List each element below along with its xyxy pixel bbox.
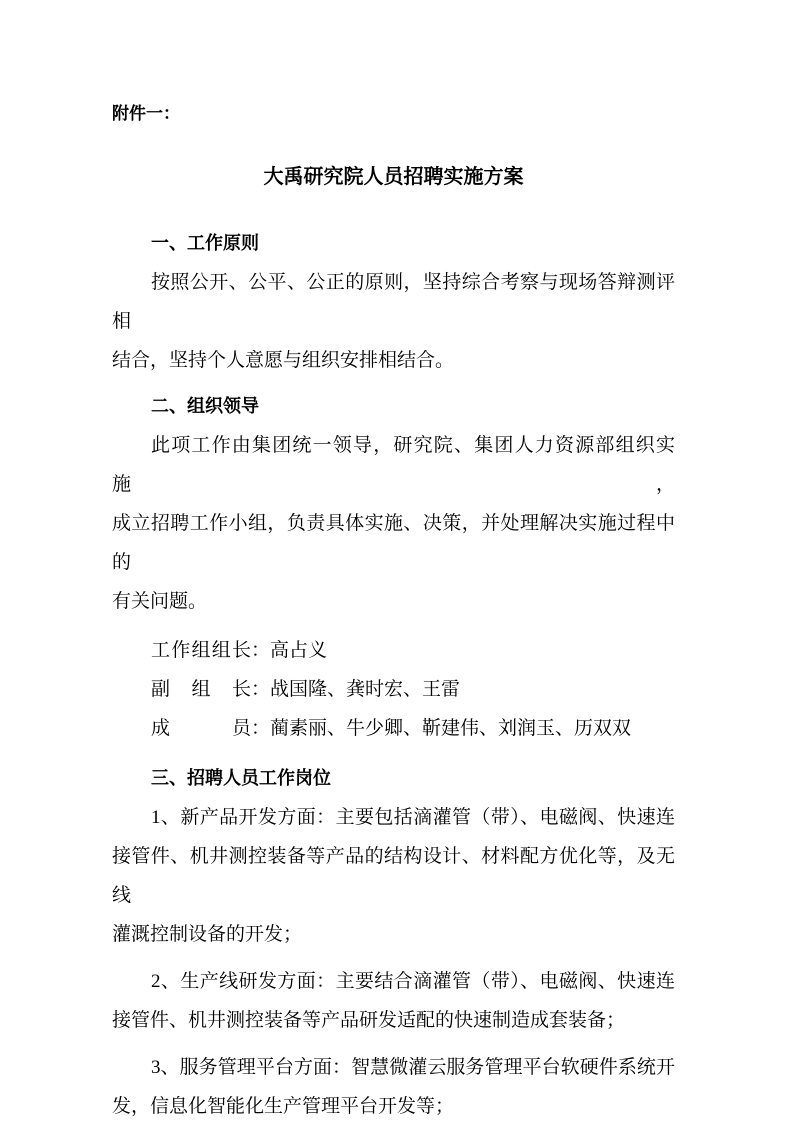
paragraph-line: 有关问题。 [112,582,675,621]
list-item-line: 接管件、机井测控装备等产品的结构设计、材料配方优化等，及无线 [112,837,675,915]
list-item-line: 2、生产线研发方面：主要结合滴灌管（带）、电磁阀、快速连 [112,962,675,1001]
list-item-line: 1、新产品开发方面：主要包括滴灌管（带）、电磁阀、快速连 [112,798,675,837]
section-2-heading: 二、组织领导 [112,387,675,426]
member-row: 成员：蔺素丽、牛少卿、靳建伟、刘润玉、历双双 [112,709,675,748]
paragraph-line: 此项工作由集团统一领导，研究院、集团人力资源部组织实施， [112,426,675,504]
list-item-line: 灌溉控制设备的开发； [112,915,675,954]
member-role-label: 副组长 [151,670,251,709]
member-names: ：战国隆、龚时宏、王雷 [251,679,460,700]
member-names: ：高占义 [251,640,327,661]
list-item-line: 3、服务管理平台方面：智慧微灌云服务管理平台软硬件系统开 [112,1048,675,1087]
paragraph-line: 成立招聘工作小组，负责具体实施、决策，并处理解决实施过程中的 [112,504,675,582]
member-names: ：蔺素丽、牛少卿、靳建伟、刘润玉、历双双 [251,718,631,739]
section-1-heading: 一、工作原则 [112,224,675,263]
member-role-label: 成员 [151,709,251,748]
paragraph-line: 按照公开、公平、公正的原则，坚持综合考察与现场答辩测评相 [112,263,675,341]
member-row: 工作组组长：高占义 [112,631,675,670]
list-item-line: 发，信息化智能化生产管理平台开发等； [112,1087,675,1122]
section-3-heading: 三、招聘人员工作岗位 [112,759,675,798]
list-item-line: 接管件、机井测控装备等产品研发适配的快速制造成套装备； [112,1001,675,1040]
member-list: 工作组组长：高占义 副组长：战国隆、龚时宏、王雷 成员：蔺素丽、牛少卿、靳建伟、… [112,631,675,748]
document-page: 附件一： 大禹研究院人员招聘实施方案 一、工作原则 按照公开、公平、公正的原则，… [0,0,793,1122]
document-title: 大禹研究院人员招聘实施方案 [112,158,675,197]
member-role-label: 工作组组长 [151,631,251,670]
paragraph-line: 结合，坚持个人意愿与组织安排相结合。 [112,341,675,380]
attachment-label: 附件一： [112,94,675,133]
member-row: 副组长：战国隆、龚时宏、王雷 [112,670,675,709]
